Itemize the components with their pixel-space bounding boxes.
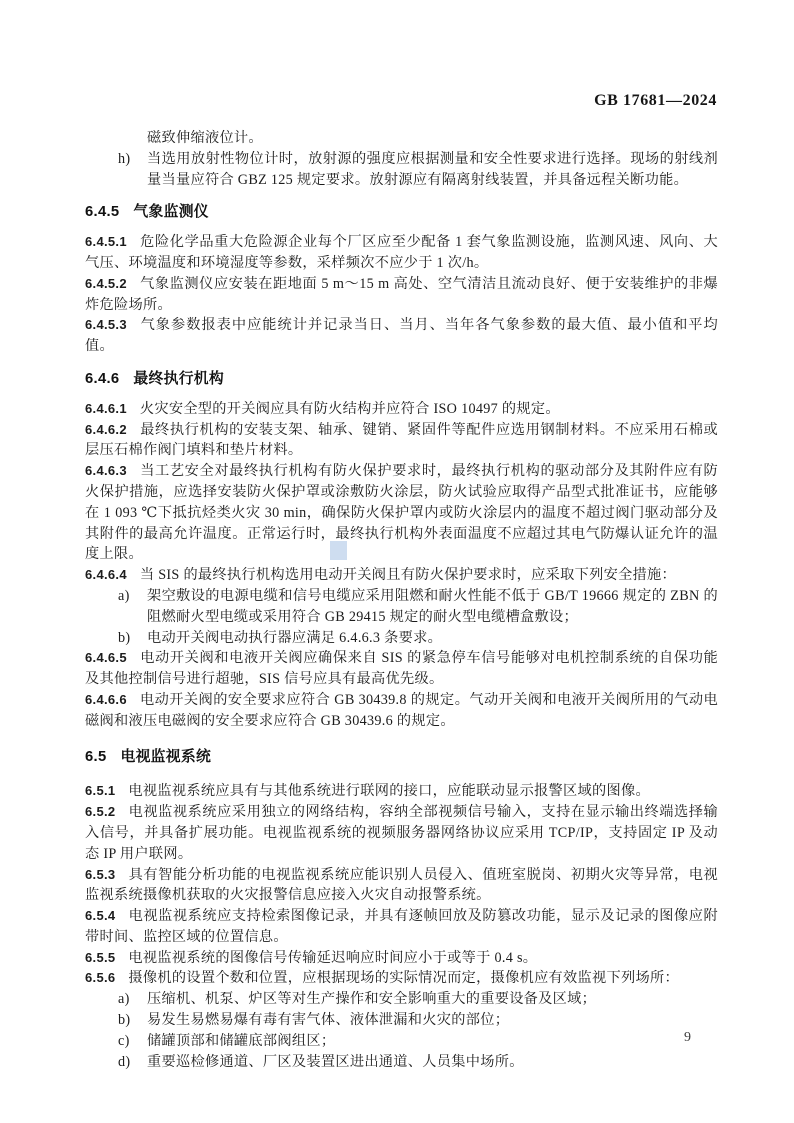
list-item: h)当选用放射性物位计时，放射源的强度应根据测量和安全性要求进行选择。现场的射线… — [85, 149, 718, 191]
list-item-text: 电动开关阀电动执行器应满足 6.4.6.3 条要求。 — [147, 630, 442, 646]
clause-number: 6.4.6.1 — [85, 401, 127, 416]
clause-paragraph: 6.4.5.1危险化学品重大危险源企业每个厂区应至少配备 1 套气象监测设施，监… — [85, 232, 718, 274]
clause-paragraph: 6.4.6.1火灾安全型的开关阀应具有防火结构并应符合 ISO 10497 的规… — [85, 399, 718, 420]
list-item-text: 架空敷设的电源电缆和信号电缆应采用阻燃和耐火性能不低于 GB/T 19666 规… — [147, 588, 718, 625]
clause-text: 电视监视系统应具有与其他系统进行联网的接口，应能联动显示报警区域的图像。 — [128, 783, 650, 799]
list-item: c)储罐顶部和储罐底部阀组区； — [85, 1031, 718, 1052]
list-item: a)压缩机、机泵、炉区等对生产操作和安全影响重大的重要设备及区域； — [85, 989, 718, 1010]
clause-number: 6.4.5.1 — [85, 234, 127, 249]
clause-text: 电动开关阀和电液开关阀应确保来自 SIS 的紧急停车信号能够对电机控制系统的自保… — [85, 650, 718, 687]
clause-text: 气象参数报表中应能统计并记录当日、当月、当年各气象参数的最大值、最小值和平均值。 — [85, 317, 718, 354]
list-item-text: 储罐顶部和储罐底部阀组区； — [147, 1033, 335, 1049]
clause-paragraph: 6.5.2电视监视系统应采用独立的网络结构，容纳全部视频信号输入，支持在显示输出… — [85, 802, 718, 864]
clause-number: 6.4.5.3 — [85, 317, 127, 332]
clause-number: 6.5.3 — [85, 867, 115, 882]
clause-number: 6.4.5.2 — [85, 276, 127, 291]
section-heading: 6.5电视监视系统 — [85, 747, 718, 768]
list-marker: a) — [118, 586, 130, 607]
clause-text: 气象监测仪应安装在距地面 5 m～15 m 高处、空气清洁且流动良好、便于安装维… — [85, 276, 718, 313]
clause-paragraph: 6.5.4电视监视系统应支持检索图像记录，并具有逐帧回放及防篡改功能，显示及记录… — [85, 906, 718, 948]
clause-number: 6.4.6.6 — [85, 692, 127, 707]
clause-number: 6.5.2 — [85, 804, 115, 819]
list-item: b)电动开关阀电动执行器应满足 6.4.6.3 条要求。 — [85, 628, 718, 649]
content-blocks: 磁致伸缩液位计。h)当选用放射性物位计时，放射源的强度应根据测量和安全性要求进行… — [85, 128, 718, 1072]
list-marker: b) — [118, 1010, 130, 1031]
continuation-paragraph: 磁致伸缩液位计。 — [85, 128, 718, 149]
clause-number: 6.4.6.4 — [85, 567, 127, 582]
clause-number: 6.5.1 — [85, 783, 115, 798]
clause-text: 火灾安全型的开关阀应具有防火结构并应符合 ISO 10497 的规定。 — [140, 401, 560, 417]
list-item-text: 易发生易燃易爆有毒有害气体、液体泄漏和火灾的部位； — [147, 1012, 509, 1028]
section-heading: 6.4.6最终执行机构 — [85, 369, 718, 390]
list-item-text: 压缩机、机泵、炉区等对生产操作和安全影响重大的重要设备及区域； — [147, 991, 596, 1007]
list-item: b)易发生易燃易爆有毒有害气体、液体泄漏和火灾的部位； — [85, 1010, 718, 1031]
heading-title: 最终执行机构 — [133, 371, 224, 387]
list-marker: c) — [118, 1031, 130, 1052]
clause-text: 电视监视系统应支持检索图像记录，并具有逐帧回放及防篡改功能，显示及记录的图像应附… — [85, 908, 718, 945]
clause-paragraph: 6.5.1电视监视系统应具有与其他系统进行联网的接口，应能联动显示报警区域的图像… — [85, 781, 718, 802]
list-marker: b) — [118, 628, 130, 649]
clause-paragraph: 6.5.3具有智能分析功能的电视监视系统应能识别人员侵入、值班室脱岗、初期火灾等… — [85, 865, 718, 907]
clause-text: 摄像机的设置个数和位置，应根据现场的实际情况而定，摄像机应有效监视下列场所： — [128, 970, 679, 986]
list-item: d)重要巡检修通道、厂区及装置区进出通道、人员集中场所。 — [85, 1052, 718, 1073]
clause-text: 危险化学品重大危险源企业每个厂区应至少配备 1 套气象监测设施，监测风速、风向、… — [85, 234, 718, 271]
clause-paragraph: 6.4.6.5电动开关阀和电液开关阀应确保来自 SIS 的紧急停车信号能够对电机… — [85, 648, 718, 690]
clause-paragraph: 6.4.5.2气象监测仪应安装在距地面 5 m～15 m 高处、空气清洁且流动良… — [85, 274, 718, 316]
clause-text: 具有智能分析功能的电视监视系统应能识别人员侵入、值班室脱岗、初期火灾等异常，电视… — [85, 867, 718, 904]
clause-paragraph: 6.4.6.2最终执行机构的安装支架、轴承、键销、紧固件等配件应选用钢制材料。不… — [85, 420, 718, 462]
clause-text: 电视监视系统应采用独立的网络结构，容纳全部视频信号输入，支持在显示输出终端选择输… — [85, 804, 718, 862]
heading-number: 6.5 — [85, 749, 106, 765]
clause-number: 6.5.6 — [85, 970, 115, 985]
clause-number: 6.5.4 — [85, 908, 115, 923]
clause-number: 6.5.5 — [85, 950, 115, 965]
section-heading: 6.4.5气象监测仪 — [85, 202, 718, 223]
clause-text: 当 SIS 的最终执行机构选用电动开关阀且有防火保护要求时，应采取下列安全措施： — [140, 567, 676, 583]
heading-number: 6.4.5 — [85, 204, 119, 220]
clause-text: 电动开关阀的安全要求应符合 GB 30439.8 的规定。气动开关阀和电液开关阀… — [85, 692, 718, 729]
heading-number: 6.4.6 — [85, 371, 119, 387]
list-marker: a) — [118, 989, 130, 1010]
heading-title: 电视监视系统 — [120, 749, 211, 765]
list-item-text: 重要巡检修通道、厂区及装置区进出通道、人员集中场所。 — [147, 1054, 524, 1070]
clause-text: 电视监视系统的图像信号传输延迟响应时间应小于或等于 0.4 s。 — [128, 950, 537, 966]
list-marker: h) — [118, 149, 130, 170]
list-item: a)架空敷设的电源电缆和信号电缆应采用阻燃和耐火性能不低于 GB/T 19666… — [85, 586, 718, 628]
clause-paragraph: 6.4.6.3当工艺安全对最终执行机构有防火保护要求时，最终执行机构的驱动部分及… — [85, 461, 718, 565]
clause-paragraph: 6.4.6.4当 SIS 的最终执行机构选用电动开关阀且有防火保护要求时，应采取… — [85, 565, 718, 586]
heading-title: 气象监测仪 — [133, 204, 209, 220]
clause-text: 当工艺安全对最终执行机构有防火保护要求时，最终执行机构的驱动部分及其附件应有防火… — [85, 463, 718, 562]
clause-number: 6.4.6.2 — [85, 422, 127, 437]
clause-number: 6.4.6.5 — [85, 650, 127, 665]
clause-paragraph: 6.5.6摄像机的设置个数和位置，应根据现场的实际情况而定，摄像机应有效监视下列… — [85, 968, 718, 989]
clause-number: 6.4.6.3 — [85, 463, 127, 478]
doc-code: GB 17681—2024 — [594, 92, 717, 110]
clause-paragraph: 6.5.5电视监视系统的图像信号传输延迟响应时间应小于或等于 0.4 s。 — [85, 948, 718, 969]
clause-text: 最终执行机构的安装支架、轴承、键销、紧固件等配件应选用钢制材料。不应采用石棉或层… — [85, 422, 718, 459]
document-page: GB 17681—2024 磁致伸缩液位计。h)当选用放射性物位计时，放射源的强… — [0, 0, 794, 1123]
clause-paragraph: 6.4.6.6电动开关阀的安全要求应符合 GB 30439.8 的规定。气动开关… — [85, 690, 718, 732]
clause-paragraph: 6.4.5.3气象参数报表中应能统计并记录当日、当月、当年各气象参数的最大值、最… — [85, 315, 718, 357]
list-item-text: 当选用放射性物位计时，放射源的强度应根据测量和安全性要求进行选择。现场的射线剂量… — [147, 151, 718, 188]
list-marker: d) — [118, 1052, 130, 1073]
